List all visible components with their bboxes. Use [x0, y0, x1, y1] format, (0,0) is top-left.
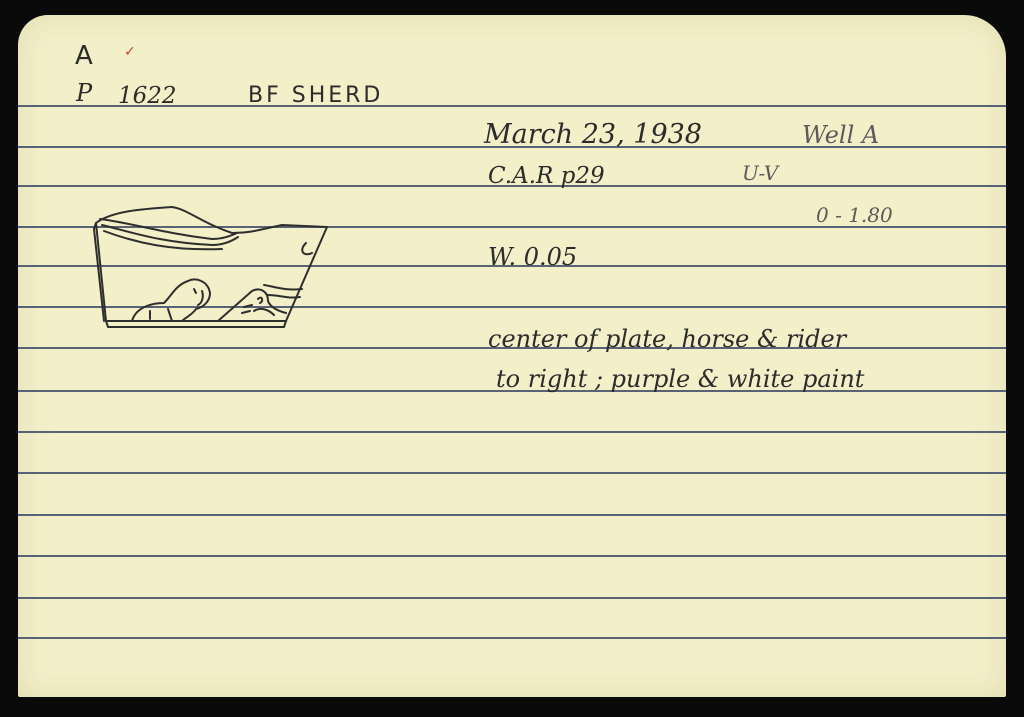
letter-p: P	[76, 81, 92, 105]
rule-line	[18, 637, 1006, 639]
catalog-card: A ✓ P 1622 BF SHERD March 23, 1938 Well …	[18, 15, 1006, 697]
catalog-number: 1622	[118, 85, 177, 108]
find-date: March 23, 1938	[484, 121, 702, 148]
object-type: BF SHERD	[248, 85, 383, 107]
red-check-mark: ✓	[124, 44, 136, 60]
context: U-V	[742, 163, 778, 183]
dimension-width: W. 0.05	[488, 245, 577, 269]
sherd-sketch-icon	[92, 203, 332, 333]
reference: C.A.R p29	[488, 165, 605, 188]
rule-line	[18, 555, 1006, 557]
letter-a: A	[75, 43, 96, 69]
depth: 0 - 1.80	[816, 205, 893, 225]
rule-line	[18, 431, 1006, 433]
description-line-2: to right ; purple & white paint	[496, 367, 864, 391]
description-line-1: center of plate, horse & rider	[488, 327, 846, 351]
location: Well A	[802, 123, 879, 147]
rule-line	[18, 514, 1006, 516]
rule-line	[18, 472, 1006, 474]
rule-line	[18, 597, 1006, 599]
